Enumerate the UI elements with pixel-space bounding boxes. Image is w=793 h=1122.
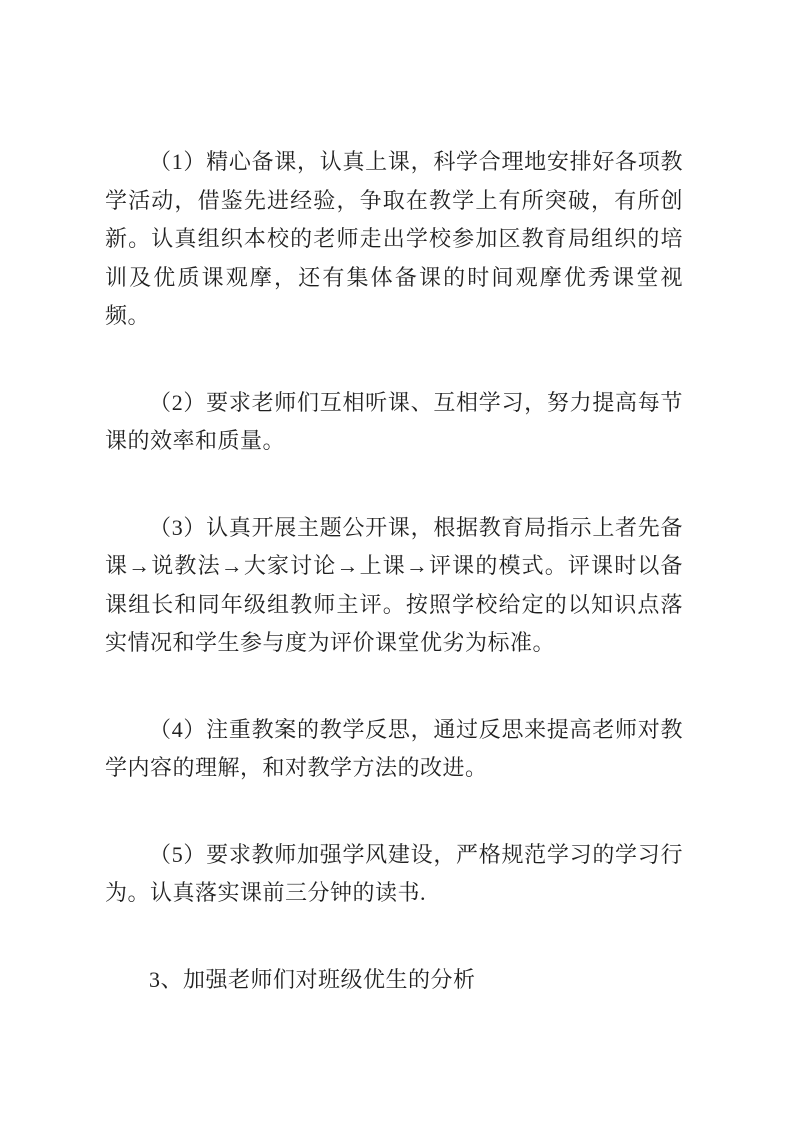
- paragraph-2: （2）要求老师们互相听课、互相学习，努力提高每节课的效率和质量。: [105, 384, 683, 461]
- paragraph-5: （5）要求教师加强学风建设，严格规范学习的学习行为。认真落实课前三分钟的读书.: [105, 836, 683, 913]
- section-heading: 3、加强老师们对班级优生的分析: [105, 961, 683, 1000]
- paragraph-1: （1）精心备课，认真上课，科学合理地安排好各项教学活动，借鉴先进经验，争取在教学…: [105, 143, 683, 336]
- document-page: （1）精心备课，认真上课，科学合理地安排好各项教学活动，借鉴先进经验，争取在教学…: [0, 0, 793, 1122]
- document-body: （1）精心备课，认真上课，科学合理地安排好各项教学活动，借鉴先进经验，争取在教学…: [105, 143, 683, 999]
- paragraph-3: （3）认真开展主题公开课，根据教育局指示上者先备课→说教法→大家讨论→上课→评课…: [105, 509, 683, 663]
- paragraph-4: （4）注重教案的教学反思，通过反思来提高老师对教学内容的理解，和对教学方法的改进…: [105, 711, 683, 788]
